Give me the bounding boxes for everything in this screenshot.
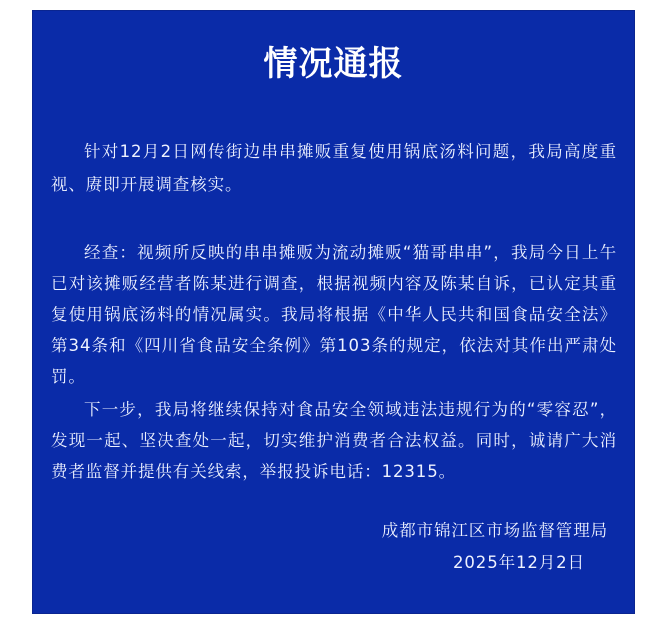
notice-title: 情况通报	[32, 44, 635, 84]
issuing-authority: 成都市锦江区市场监督管理局	[382, 516, 608, 546]
notice-paragraph-1: 针对12月2日网传街边串串摊贩重复使用锅底汤料问题，我局高度重视、赓即开展调查核…	[51, 135, 617, 201]
notice-paragraph-3: 下一步，我局将继续保持对食品安全领域违法违规行为的“零容忍”，发现一起、坚决查处…	[51, 394, 617, 487]
issue-date: 2025年12月2日	[453, 548, 585, 578]
notice-panel: 情况通报 针对12月2日网传街边串串摊贩重复使用锅底汤料问题，我局高度重视、赓即…	[32, 10, 635, 614]
notice-paragraph-2: 经查：视频所反映的串串摊贩为流动摊贩“猫哥串串”，我局今日上午已对该摊贩经营者陈…	[51, 237, 617, 392]
